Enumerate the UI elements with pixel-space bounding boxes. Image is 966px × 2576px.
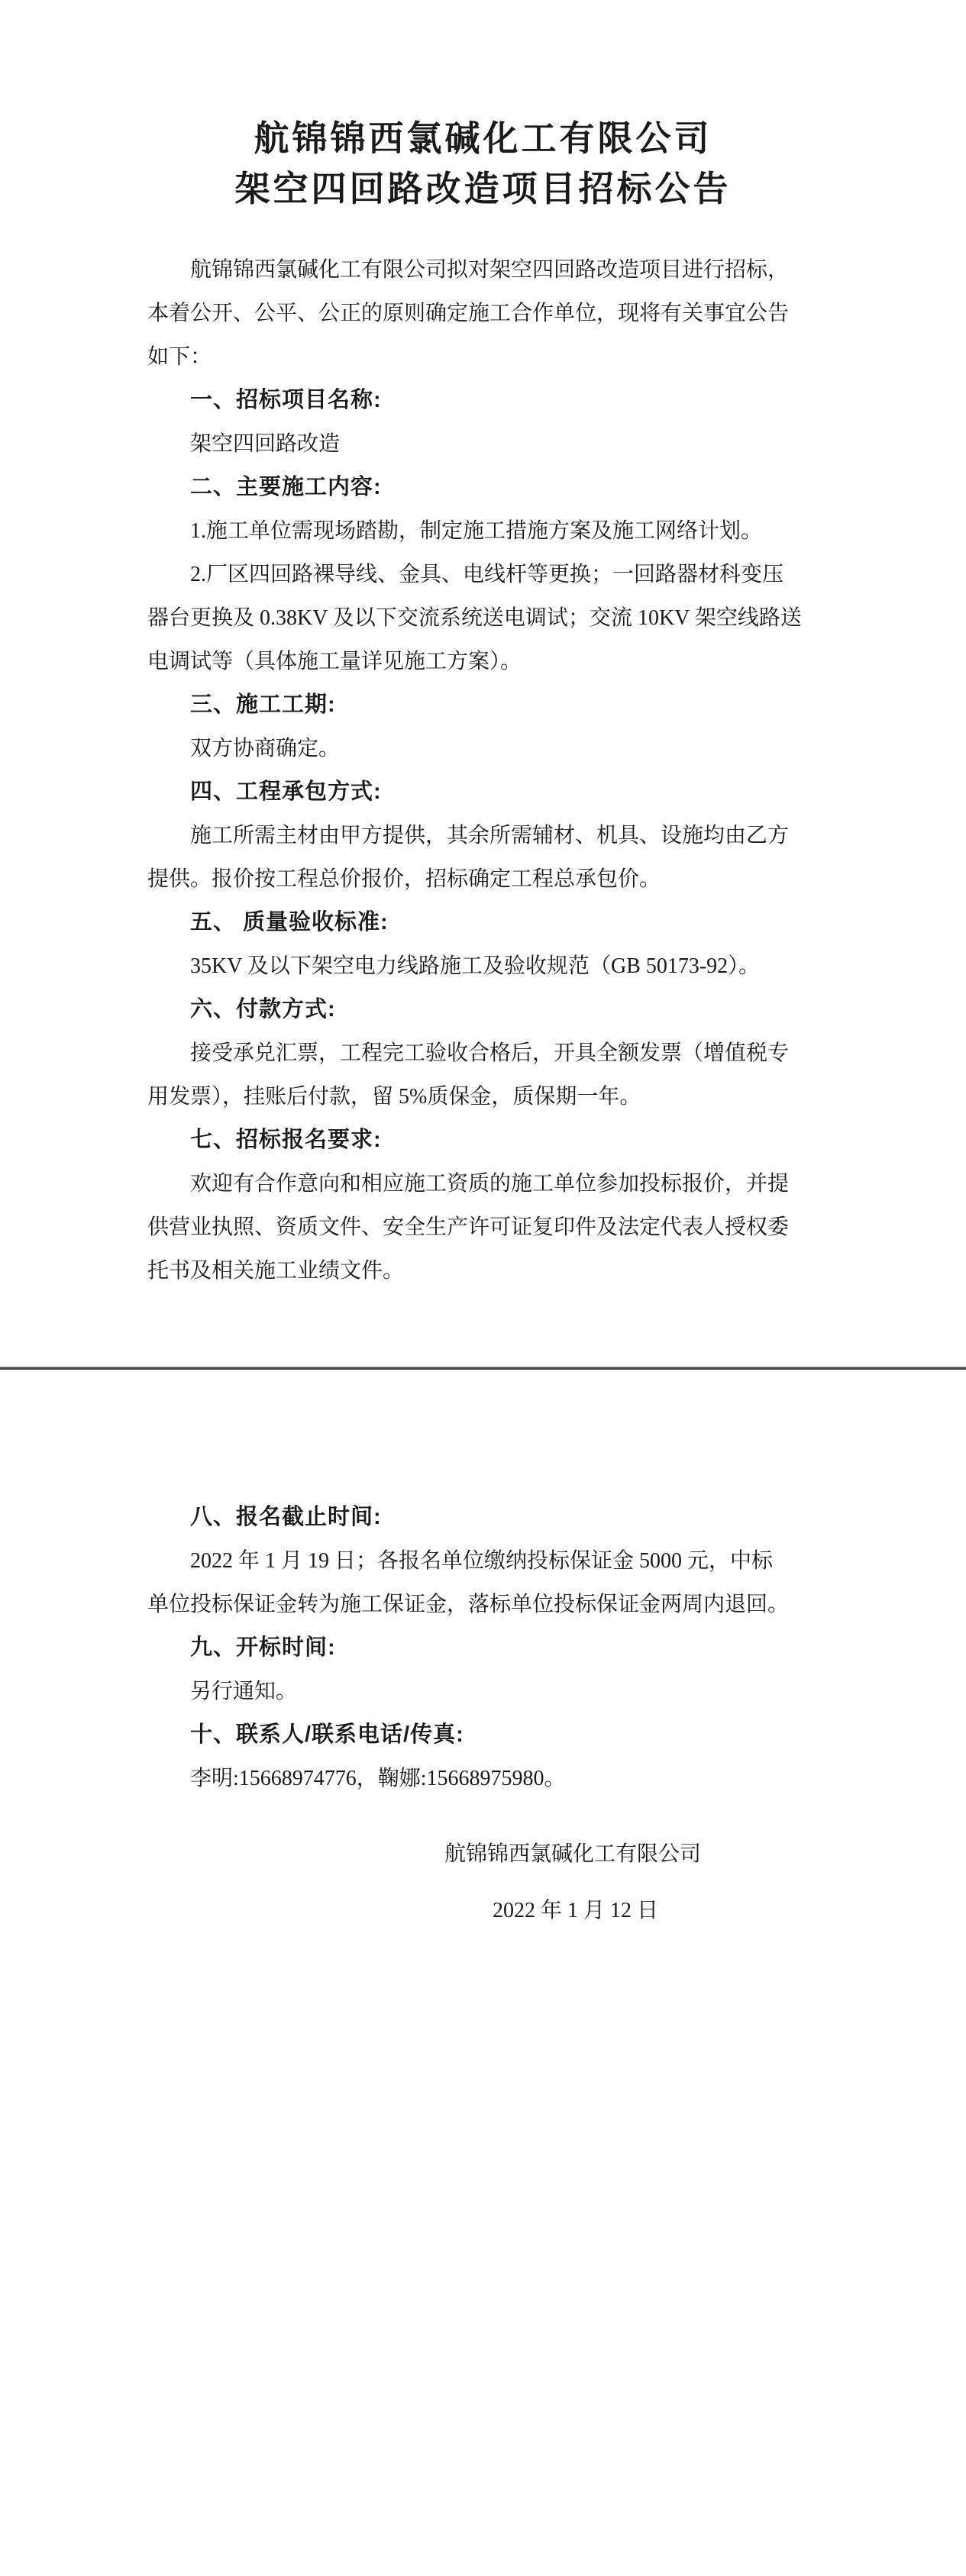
body-line: 供营业执照、资质文件、安全生产许可证复印件及法定代表人授权委 xyxy=(147,1206,890,1249)
body-line: 另行通知。 xyxy=(147,1670,890,1713)
section-heading-2: 二、主要施工内容: xyxy=(147,466,890,509)
body-line: 如下： xyxy=(147,335,890,379)
body-line: 电调试等（具体施工量详见施工方案）。 xyxy=(147,640,890,683)
section-heading-4: 四、工程承包方式: xyxy=(147,770,890,814)
body-line: 欢迎有合作意向和相应施工资质的施工单位参加投标报价，并提 xyxy=(147,1162,890,1206)
page-2-body: 八、报名截止时间: 2022 年 1 月 19 日；各报名单位缴纳投标保证金 5… xyxy=(147,1496,890,1932)
body-line: 2022 年 1 月 19 日；各报名单位缴纳投标保证金 5000 元，中标 xyxy=(147,1539,890,1583)
body-line: 2.厂区四回路裸导线、金具、电线杆等更换；一回路器材科变压 xyxy=(147,553,890,596)
body-line: 施工所需主材由甲方提供，其余所需辅材、机具、设施均由乙方 xyxy=(147,814,890,857)
page-break-divider xyxy=(0,1367,966,1370)
section-heading-6: 六、付款方式: xyxy=(147,988,890,1031)
section-heading-3: 三、施工工期: xyxy=(147,683,890,727)
body-line: 双方协商确定。 xyxy=(147,727,890,770)
section-heading-7: 七、招标报名要求: xyxy=(147,1119,890,1162)
body-line: 航锦锦西氯碱化工有限公司拟对架空四回路改造项目进行招标， xyxy=(147,248,890,292)
section-heading-1: 一、招标项目名称: xyxy=(147,379,890,422)
body-line: 李明:15668974776，鞠娜:15668975980。 xyxy=(147,1757,890,1800)
body-line: 本着公开、公平、公正的原则确定施工合作单位，现将有关事宜公告 xyxy=(147,292,890,335)
document-title: 航锦锦西氯碱化工有限公司 架空四回路改造项目招标公告 xyxy=(0,0,966,214)
document-page: 航锦锦西氯碱化工有限公司 架空四回路改造项目招标公告 航锦锦西氯碱化工有限公司拟… xyxy=(0,0,966,2576)
body-line: 器台更换及 0.38KV 及以下交流系统送电调试；交流 10KV 架空线路送 xyxy=(147,596,890,640)
section-heading-9: 九、开标时间: xyxy=(147,1626,890,1670)
section-heading-5: 五、 质量验收标准: xyxy=(147,901,890,944)
document-title-line-2: 架空四回路改造项目招标公告 xyxy=(0,163,966,214)
signature-company-line: 航锦锦西氯碱化工有限公司 xyxy=(147,1832,890,1876)
body-line: 接受承兑汇票，工程完工验收合格后，开具全额发票（增值税专 xyxy=(147,1031,890,1075)
page-1-body: 航锦锦西氯碱化工有限公司拟对架空四回路改造项目进行招标， 本着公开、公平、公正的… xyxy=(147,248,890,1293)
section-heading-10: 十、联系人/联系电话/传真: xyxy=(147,1713,890,1757)
section-heading-8: 八、报名截止时间: xyxy=(147,1496,890,1539)
signature-date-line: 2022 年 1 月 12 日 xyxy=(147,1889,890,1932)
body-line: 1.施工单位需现场踏勘，制定施工措施方案及施工网络计划。 xyxy=(147,509,890,553)
body-line: 提供。报价按工程总价报价，招标确定工程总承包价。 xyxy=(147,857,890,901)
body-line: 用发票），挂账后付款，留 5%质保金，质保期一年。 xyxy=(147,1075,890,1119)
document-title-line-1: 航锦锦西氯碱化工有限公司 xyxy=(0,113,966,163)
body-line: 托书及相关施工业绩文件。 xyxy=(147,1249,890,1293)
body-line: 35KV 及以下架空电力线路施工及验收规范（GB 50173-92）。 xyxy=(147,944,890,988)
body-line: 架空四回路改造 xyxy=(147,422,890,466)
body-line: 单位投标保证金转为施工保证金，落标单位投标保证金两周内退回。 xyxy=(147,1583,890,1626)
